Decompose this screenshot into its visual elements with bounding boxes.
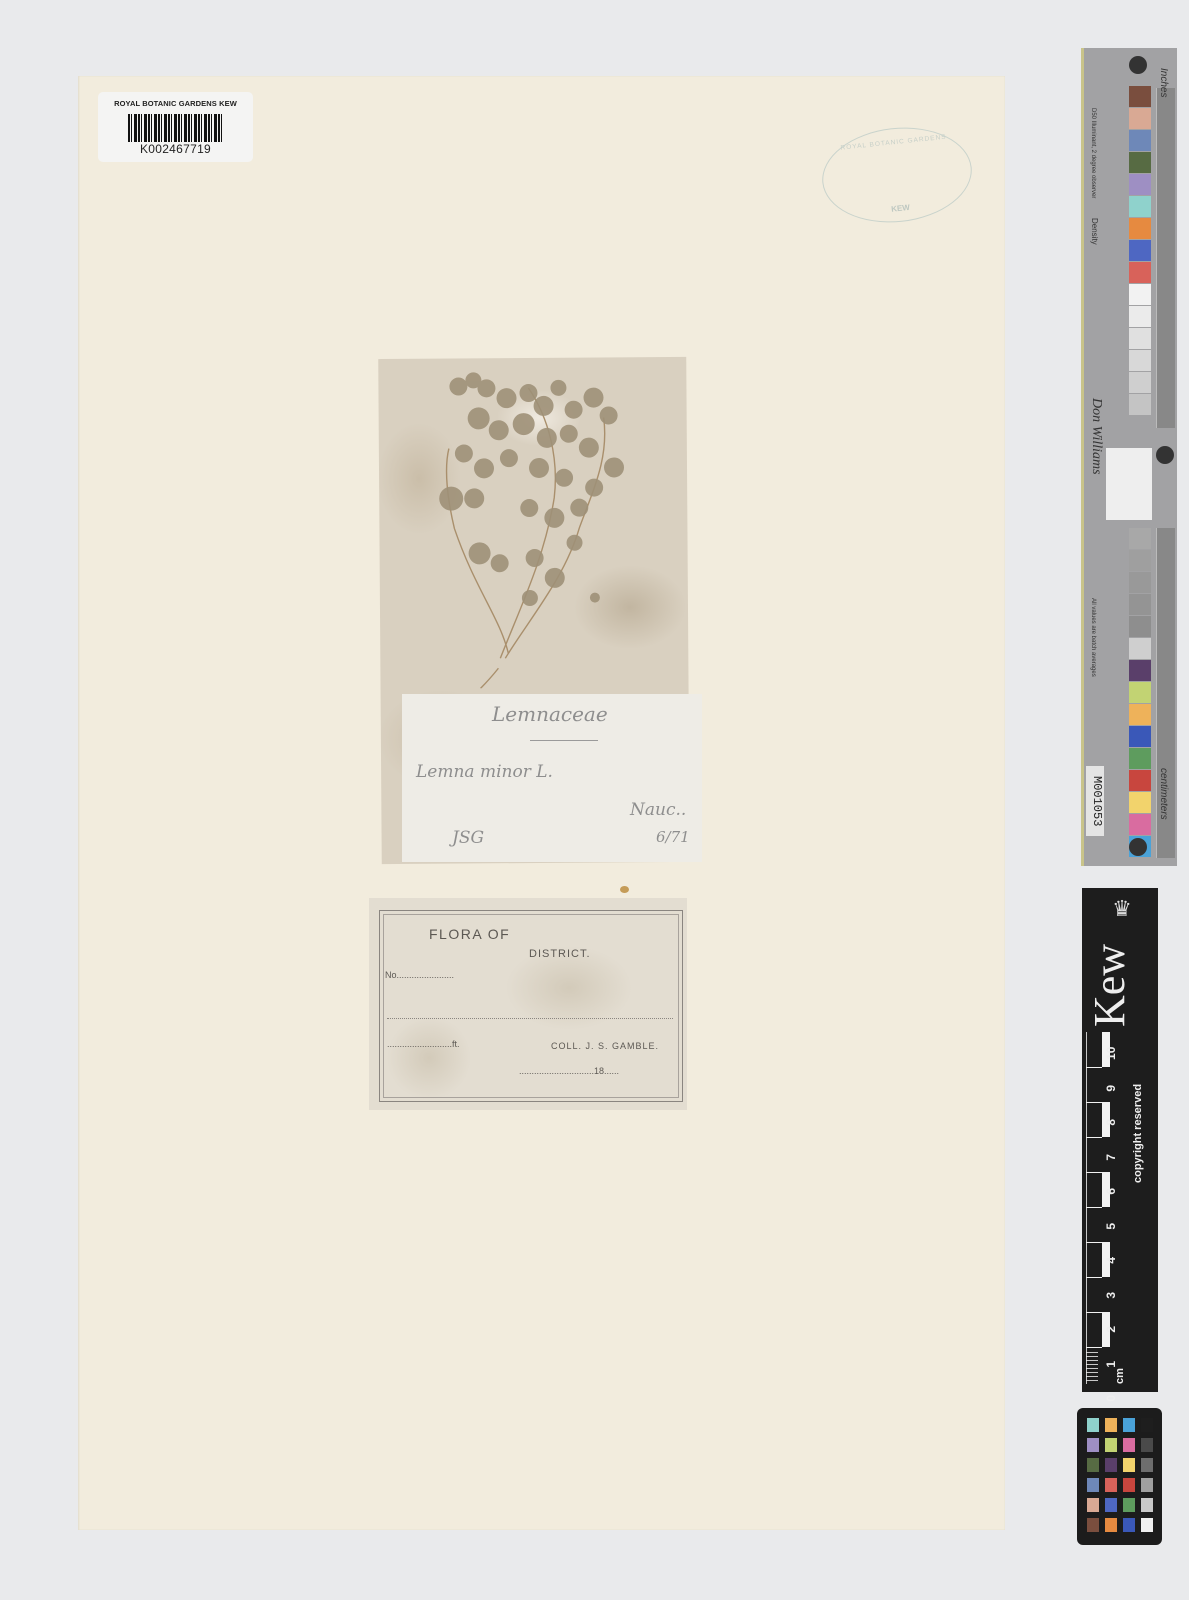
color-swatch xyxy=(1129,616,1151,637)
color-swatch xyxy=(1129,372,1151,393)
hole-icon xyxy=(1129,56,1147,74)
cm-tick: 9 xyxy=(1104,1079,1139,1097)
color-swatch xyxy=(1129,638,1151,659)
color-swatch xyxy=(1129,350,1151,371)
color-swatch xyxy=(1129,196,1151,217)
color-card-swatch xyxy=(1123,1498,1135,1512)
color-card-swatch xyxy=(1105,1458,1117,1472)
color-card-swatch xyxy=(1087,1458,1099,1472)
color-card-swatch xyxy=(1141,1498,1153,1512)
color-card-swatch xyxy=(1105,1418,1117,1432)
density-label: Density xyxy=(1090,218,1099,245)
cm-tick: 7 xyxy=(1104,1148,1139,1166)
color-card-swatch xyxy=(1123,1478,1135,1492)
cm-tick-labels: 109876543210 xyxy=(1112,1036,1130,1416)
color-card-swatch xyxy=(1141,1438,1153,1452)
flora-label: FLORA OF DISTRICT. No...................… xyxy=(369,898,687,1110)
flora-altitude-field: ..........................ft. xyxy=(387,1039,460,1049)
barcode-icon xyxy=(128,114,224,142)
cm-tick: 10 xyxy=(1104,1044,1139,1062)
color-swatch xyxy=(1129,814,1151,835)
underline-rule xyxy=(530,740,598,741)
ruler-id: M001053 xyxy=(1086,766,1104,836)
cm-tick: 0 xyxy=(1104,1389,1139,1407)
color-calibration-ruler: Inches centimeters D50 Illuminant, 2 deg… xyxy=(1081,48,1177,866)
species-name: Lemna minor L. xyxy=(416,762,553,782)
institution-name: ROYAL BOTANIC GARDENS KEW xyxy=(98,99,253,108)
color-swatch xyxy=(1129,218,1151,239)
color-card-swatch xyxy=(1087,1418,1099,1432)
color-card-swatch xyxy=(1141,1418,1153,1432)
flora-year-field: ..............................18...... xyxy=(519,1066,619,1076)
color-swatch xyxy=(1129,792,1151,813)
cm-tick: 5 xyxy=(1104,1217,1139,1235)
color-card-swatch xyxy=(1123,1518,1135,1532)
color-swatch xyxy=(1129,770,1151,791)
dotted-line xyxy=(387,1018,673,1019)
color-swatch xyxy=(1129,660,1151,681)
plant-specimen-icon xyxy=(378,357,688,689)
family-name: Lemnaceae xyxy=(492,702,608,726)
color-card-swatch xyxy=(1123,1438,1135,1452)
color-swatch xyxy=(1129,572,1151,593)
color-swatch xyxy=(1129,394,1151,415)
inch-scale xyxy=(1156,88,1175,428)
color-swatch xyxy=(1129,726,1151,747)
color-card-swatch xyxy=(1141,1458,1153,1472)
debris-mark xyxy=(620,886,629,893)
density-gauge xyxy=(1106,448,1152,520)
cm-tick: 2 xyxy=(1104,1320,1139,1338)
observer-note: D50 Illuminant, 2 degree observer xyxy=(1090,108,1096,198)
color-swatch xyxy=(1129,262,1151,283)
kew-cm-scale: ♛ Kew copyright reserved 109876543210 cm xyxy=(1082,888,1158,1392)
color-swatch xyxy=(1129,594,1151,615)
inches-label: Inches xyxy=(1158,68,1169,97)
color-swatch xyxy=(1129,108,1151,129)
royal-crest-icon: ♛ xyxy=(1110,896,1134,926)
color-card-swatch xyxy=(1123,1458,1135,1472)
batch-note: All values are batch averages xyxy=(1090,598,1096,677)
color-swatch xyxy=(1129,306,1151,327)
cm-tick: 3 xyxy=(1104,1286,1139,1304)
color-swatch xyxy=(1129,704,1151,725)
color-swatch xyxy=(1129,152,1151,173)
barcode-label: ROYAL BOTANIC GARDENS KEW K002467719 xyxy=(98,92,253,162)
color-swatch xyxy=(1129,328,1151,349)
color-card-swatch xyxy=(1105,1518,1117,1532)
kew-logo: Kew xyxy=(1084,938,1156,1033)
color-card-swatch xyxy=(1123,1418,1135,1432)
color-checker-card xyxy=(1077,1408,1162,1545)
color-card-swatch xyxy=(1087,1518,1099,1532)
hole-icon xyxy=(1129,838,1147,856)
color-card-swatch xyxy=(1141,1478,1153,1492)
color-card-swatch xyxy=(1105,1478,1117,1492)
barcode-number: K002467719 xyxy=(98,142,253,156)
color-swatch xyxy=(1129,284,1151,305)
color-card-swatch xyxy=(1105,1498,1117,1512)
flora-title: FLORA OF xyxy=(429,926,510,942)
collector-initials: JSG xyxy=(452,828,484,848)
cm-tick: 8 xyxy=(1104,1113,1139,1131)
color-swatch xyxy=(1129,86,1151,107)
cm-unit-label: cm xyxy=(1114,1368,1126,1384)
color-card-swatch xyxy=(1141,1518,1153,1532)
color-swatch xyxy=(1129,240,1151,261)
color-swatch xyxy=(1129,550,1151,571)
color-card-swatch xyxy=(1105,1438,1117,1452)
color-card-swatch xyxy=(1087,1478,1099,1492)
flora-district: DISTRICT. xyxy=(529,948,591,960)
flora-collector: COLL. J. S. GAMBLE. xyxy=(551,1041,659,1051)
color-swatch xyxy=(1129,130,1151,151)
brand-label: Don Williams xyxy=(1088,398,1104,475)
hole-icon xyxy=(1156,446,1174,464)
centimeters-label: centimeters xyxy=(1158,768,1169,820)
color-card-swatch xyxy=(1087,1438,1099,1452)
cm-tick: 4 xyxy=(1104,1251,1139,1269)
collection-date: 6/71 xyxy=(656,828,690,846)
cm-tick: 6 xyxy=(1104,1182,1139,1200)
flora-number-field: No....................... xyxy=(385,970,454,980)
locality: Nauc.. xyxy=(630,800,686,820)
determination-label: Lemnaceae Lemna minor L. JSG Nauc.. 6/71 xyxy=(402,694,702,862)
color-swatch xyxy=(1129,174,1151,195)
color-card-swatch xyxy=(1087,1498,1099,1512)
color-swatch xyxy=(1129,528,1151,549)
color-swatch xyxy=(1129,682,1151,703)
color-swatch xyxy=(1129,748,1151,769)
